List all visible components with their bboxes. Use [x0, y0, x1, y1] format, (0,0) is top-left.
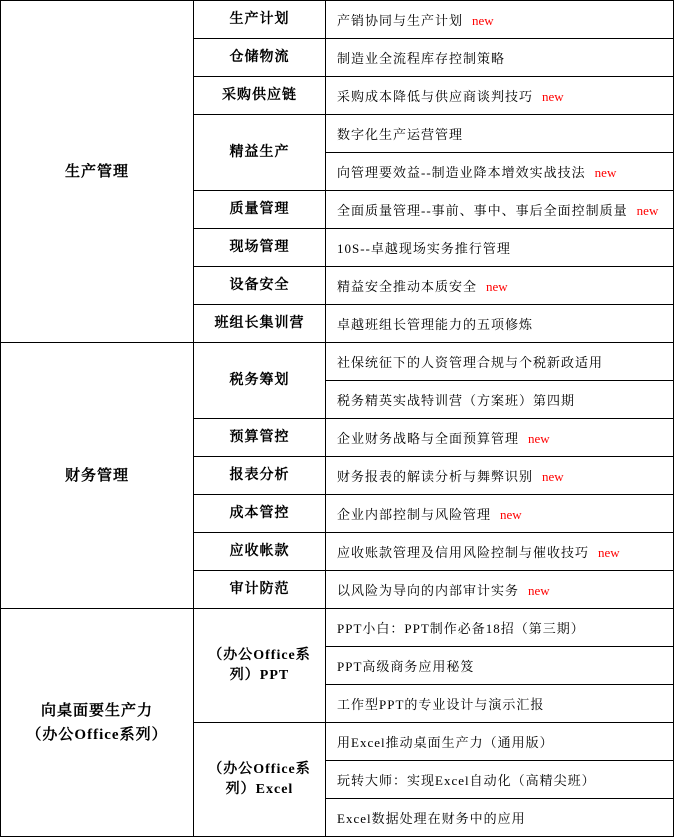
course-cell: 全面质量管理--事前、事中、事后全面控制质量new — [326, 191, 674, 229]
course-title: 企业内部控制与风险管理 — [337, 507, 491, 522]
category-label: （办公Office系列） — [9, 723, 185, 747]
course-cell: 应收账款管理及信用风险控制与催收技巧new — [326, 533, 674, 571]
course-cell: 用Excel推动桌面生产力（通用版） — [326, 723, 674, 761]
subcategory-cell: 现场管理 — [194, 229, 326, 267]
course-title: 全面质量管理--事前、事中、事后全面控制质量 — [337, 203, 628, 218]
course-cell: 10S--卓越现场实务推行管理 — [326, 229, 674, 267]
course-title: 数字化生产运营管理 — [337, 127, 463, 142]
table-row: 向桌面要生产力 （办公Office系列） （办公Office系列）PPT PPT… — [1, 609, 674, 647]
course-cell: 卓越班组长管理能力的五项修炼 — [326, 305, 674, 343]
course-cell: 向管理要效益--制造业降本增效实战技法new — [326, 153, 674, 191]
new-badge: new — [595, 165, 617, 180]
course-cell: 社保统征下的人资管理合规与个税新政适用 — [326, 343, 674, 381]
subcategory-cell: 班组长集训营 — [194, 305, 326, 343]
subcategory-cell: 成本管控 — [194, 495, 326, 533]
course-cell: 产销协同与生产计划new — [326, 1, 674, 39]
subcategory-cell: （办公Office系列）PPT — [194, 609, 326, 723]
course-title: 社保统征下的人资管理合规与个税新政适用 — [337, 355, 603, 370]
new-badge: new — [472, 13, 494, 28]
course-title: 采购成本降低与供应商谈判技巧 — [337, 89, 533, 104]
subcategory-cell: 应收帐款 — [194, 533, 326, 571]
course-cell: 企业内部控制与风险管理new — [326, 495, 674, 533]
course-title: 财务报表的解读分析与舞弊识别 — [337, 469, 533, 484]
subcategory-cell: 生产计划 — [194, 1, 326, 39]
course-cell: 财务报表的解读分析与舞弊识别new — [326, 457, 674, 495]
new-badge: new — [542, 89, 564, 104]
training-course-table: 生产管理 生产计划 产销协同与生产计划new 仓储物流 制造业全流程库存控制策略… — [0, 0, 674, 837]
course-title: 卓越班组长管理能力的五项修炼 — [337, 317, 533, 332]
course-title: 制造业全流程库存控制策略 — [337, 51, 505, 66]
course-title: 玩转大师：实现Excel自动化（高精尖班） — [337, 773, 596, 788]
category-label: 向桌面要生产力 — [9, 699, 185, 723]
course-cell: 玩转大师：实现Excel自动化（高精尖班） — [326, 761, 674, 799]
subcategory-cell: 设备安全 — [194, 267, 326, 305]
course-title: PPT高级商务应用秘笈 — [337, 659, 474, 674]
course-title: 向管理要效益--制造业降本增效实战技法 — [337, 165, 586, 180]
subcategory-cell: 采购供应链 — [194, 77, 326, 115]
new-badge: new — [637, 203, 659, 218]
new-badge: new — [528, 583, 550, 598]
course-title: 企业财务战略与全面预算管理 — [337, 431, 519, 446]
category-label: 财务管理 — [9, 464, 185, 488]
course-title: Excel数据处理在财务中的应用 — [337, 811, 526, 826]
course-cell: 数字化生产运营管理 — [326, 115, 674, 153]
subcategory-cell: 审计防范 — [194, 571, 326, 609]
course-title: 10S--卓越现场实务推行管理 — [337, 241, 511, 256]
course-title: 工作型PPT的专业设计与演示汇报 — [337, 697, 544, 712]
course-title: PPT小白：PPT制作必备18招（第三期） — [337, 621, 585, 636]
course-cell: 工作型PPT的专业设计与演示汇报 — [326, 685, 674, 723]
subcategory-cell: 税务筹划 — [194, 343, 326, 419]
category-label: 生产管理 — [9, 160, 185, 184]
course-title: 用Excel推动桌面生产力（通用版） — [337, 735, 554, 750]
table-row: 财务管理 税务筹划 社保统征下的人资管理合规与个税新政适用 — [1, 343, 674, 381]
course-cell: 以风险为导向的内部审计实务new — [326, 571, 674, 609]
new-badge: new — [486, 279, 508, 294]
new-badge: new — [598, 545, 620, 560]
new-badge: new — [500, 507, 522, 522]
course-title: 产销协同与生产计划 — [337, 13, 463, 28]
course-title: 精益安全推动本质安全 — [337, 279, 477, 294]
table-row: 生产管理 生产计划 产销协同与生产计划new — [1, 1, 674, 39]
new-badge: new — [528, 431, 550, 446]
course-cell: 精益安全推动本质安全new — [326, 267, 674, 305]
course-cell: Excel数据处理在财务中的应用 — [326, 799, 674, 837]
course-title: 应收账款管理及信用风险控制与催收技巧 — [337, 545, 589, 560]
subcategory-cell: （办公Office系列）Excel — [194, 723, 326, 837]
category-cell: 生产管理 — [1, 1, 194, 343]
course-cell: PPT高级商务应用秘笈 — [326, 647, 674, 685]
category-cell: 向桌面要生产力 （办公Office系列） — [1, 609, 194, 837]
subcategory-cell: 仓储物流 — [194, 39, 326, 77]
course-title: 税务精英实战特训营（方案班）第四期 — [337, 393, 575, 408]
course-cell: 企业财务战略与全面预算管理new — [326, 419, 674, 457]
new-badge: new — [542, 469, 564, 484]
course-cell: 制造业全流程库存控制策略 — [326, 39, 674, 77]
category-cell: 财务管理 — [1, 343, 194, 609]
subcategory-cell: 预算管控 — [194, 419, 326, 457]
course-cell: 税务精英实战特训营（方案班）第四期 — [326, 381, 674, 419]
subcategory-cell: 报表分析 — [194, 457, 326, 495]
course-cell: 采购成本降低与供应商谈判技巧new — [326, 77, 674, 115]
subcategory-cell: 质量管理 — [194, 191, 326, 229]
course-title: 以风险为导向的内部审计实务 — [337, 583, 519, 598]
course-cell: PPT小白：PPT制作必备18招（第三期） — [326, 609, 674, 647]
subcategory-cell: 精益生产 — [194, 115, 326, 191]
